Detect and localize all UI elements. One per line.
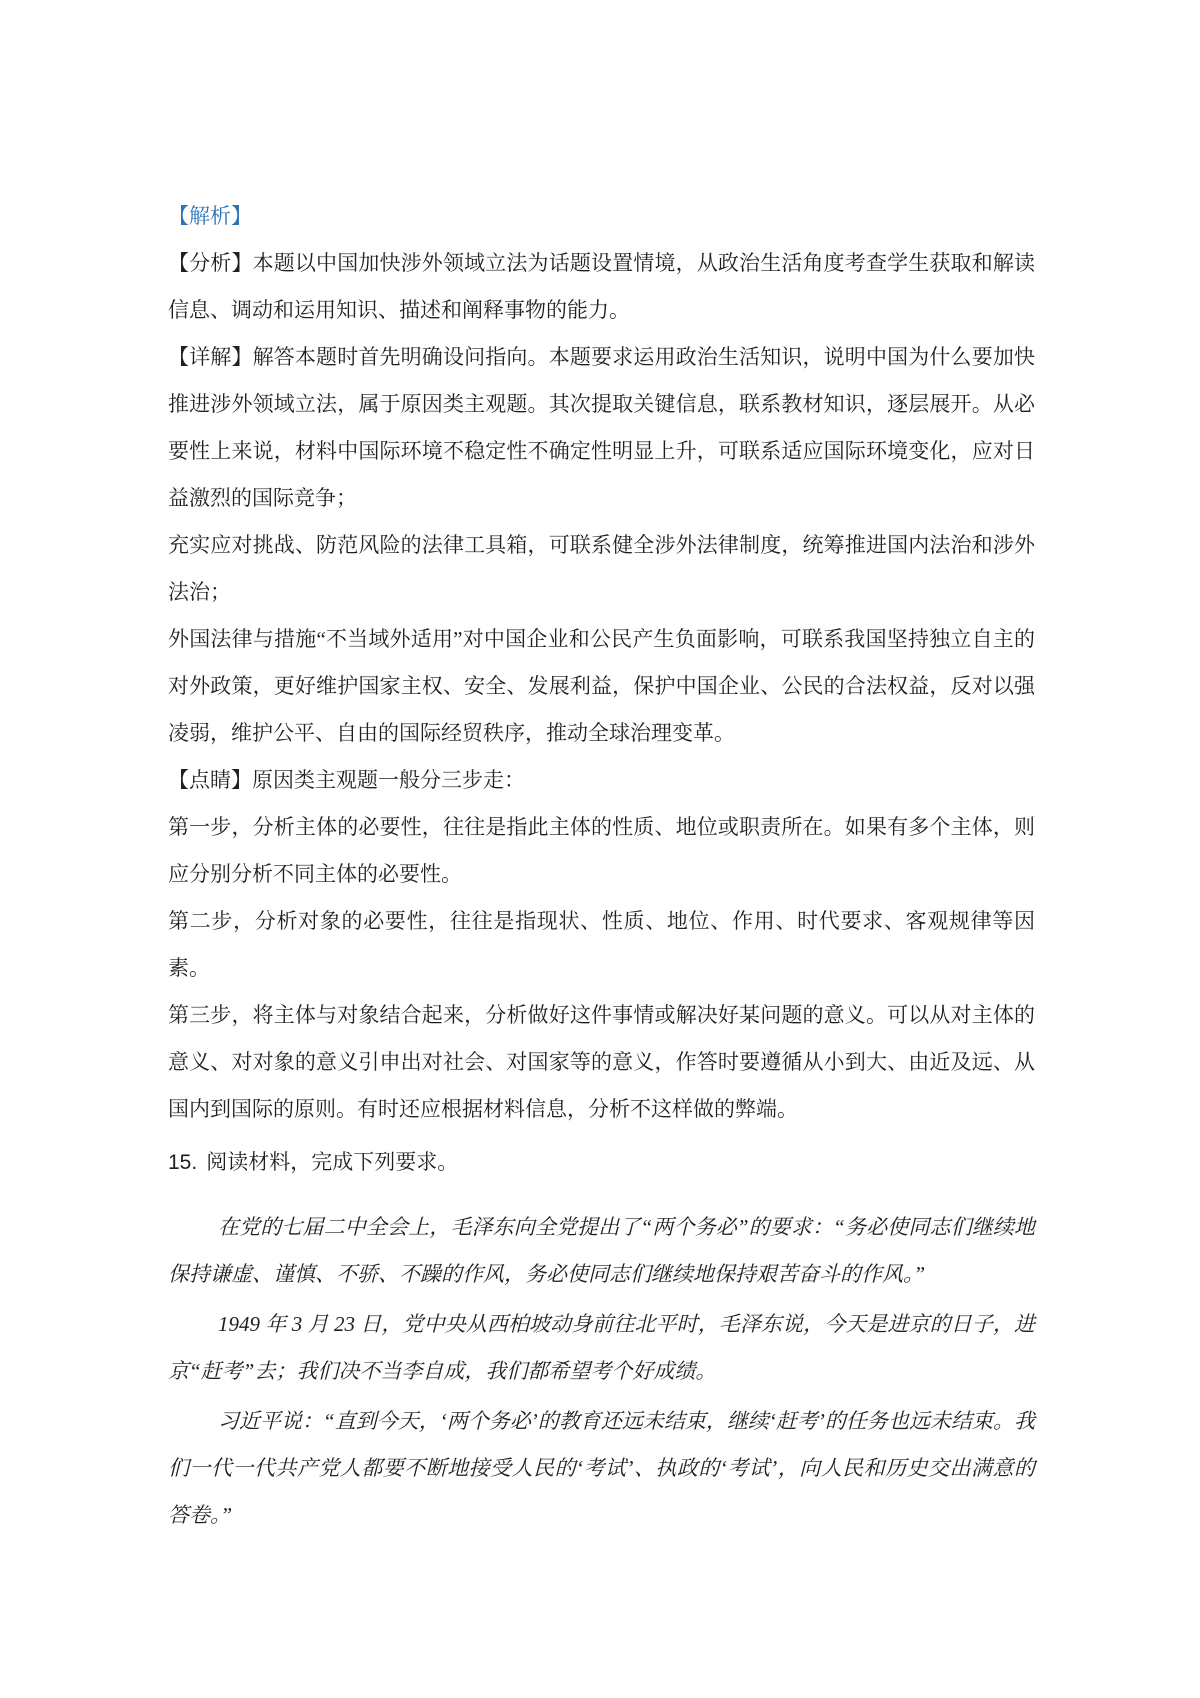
paragraph-step-two: 第二步，分析对象的必要性，往往是指现状、性质、地位、作用、时代要求、客观规律等因…: [168, 898, 1035, 992]
question-15-line: 15.阅读材料，完成下列要求。: [168, 1139, 1035, 1186]
paragraph-dianjing: 【点睛】原因类主观题一般分三步走：: [168, 757, 1035, 804]
question-number: 15.: [168, 1151, 197, 1174]
paragraph-fenxi: 【分析】本题以中国加快涉外领域立法为话题设置情境，从政治生活角度考查学生获取和解…: [168, 240, 1035, 334]
paragraph-xiangjie: 【详解】解答本题时首先明确设问指向。本题要求运用政治生活知识，说明中国为什么要加…: [168, 334, 1035, 522]
paragraph-legal-toolbox: 充实应对挑战、防范风险的法律工具箱，可联系健全涉外法律制度，统筹推进国内法治和涉…: [168, 522, 1035, 616]
document-page: 【解析】 【分析】本题以中国加快涉外领域立法为话题设置情境，从政治生活角度考查学…: [0, 0, 1200, 1698]
material-paragraph-xi-quote: 习近平说：“直到今天，‘两个务必’的教育还远未结束，继续‘赶考’的任务也远未结束…: [168, 1398, 1035, 1539]
material-paragraph-qijie-session: 在党的七届二中全会上，毛泽东向全党提出了“两个务必”的要求：“务必使同志们继续地…: [168, 1204, 1035, 1298]
paragraph-foreign-laws: 外国法律与措施“不当域外适用”对中国企业和公民产生负面影响，可联系我国坚持独立自…: [168, 616, 1035, 757]
paragraph-step-one: 第一步，分析主体的必要性，往往是指此主体的性质、地位或职责所在。如果有多个主体，…: [168, 804, 1035, 898]
material-paragraph-1949: 1949 年 3 月 23 日，党中央从西柏坡动身前往北平时，毛泽东说，今天是进…: [168, 1301, 1035, 1395]
section-label-jiexi: 【解析】: [168, 193, 1035, 240]
paragraph-step-three: 第三步，将主体与对象结合起来，分析做好这件事情或解决好某问题的意义。可以从对主体…: [168, 992, 1035, 1133]
question-prompt: 阅读材料，完成下列要求。: [206, 1150, 458, 1174]
